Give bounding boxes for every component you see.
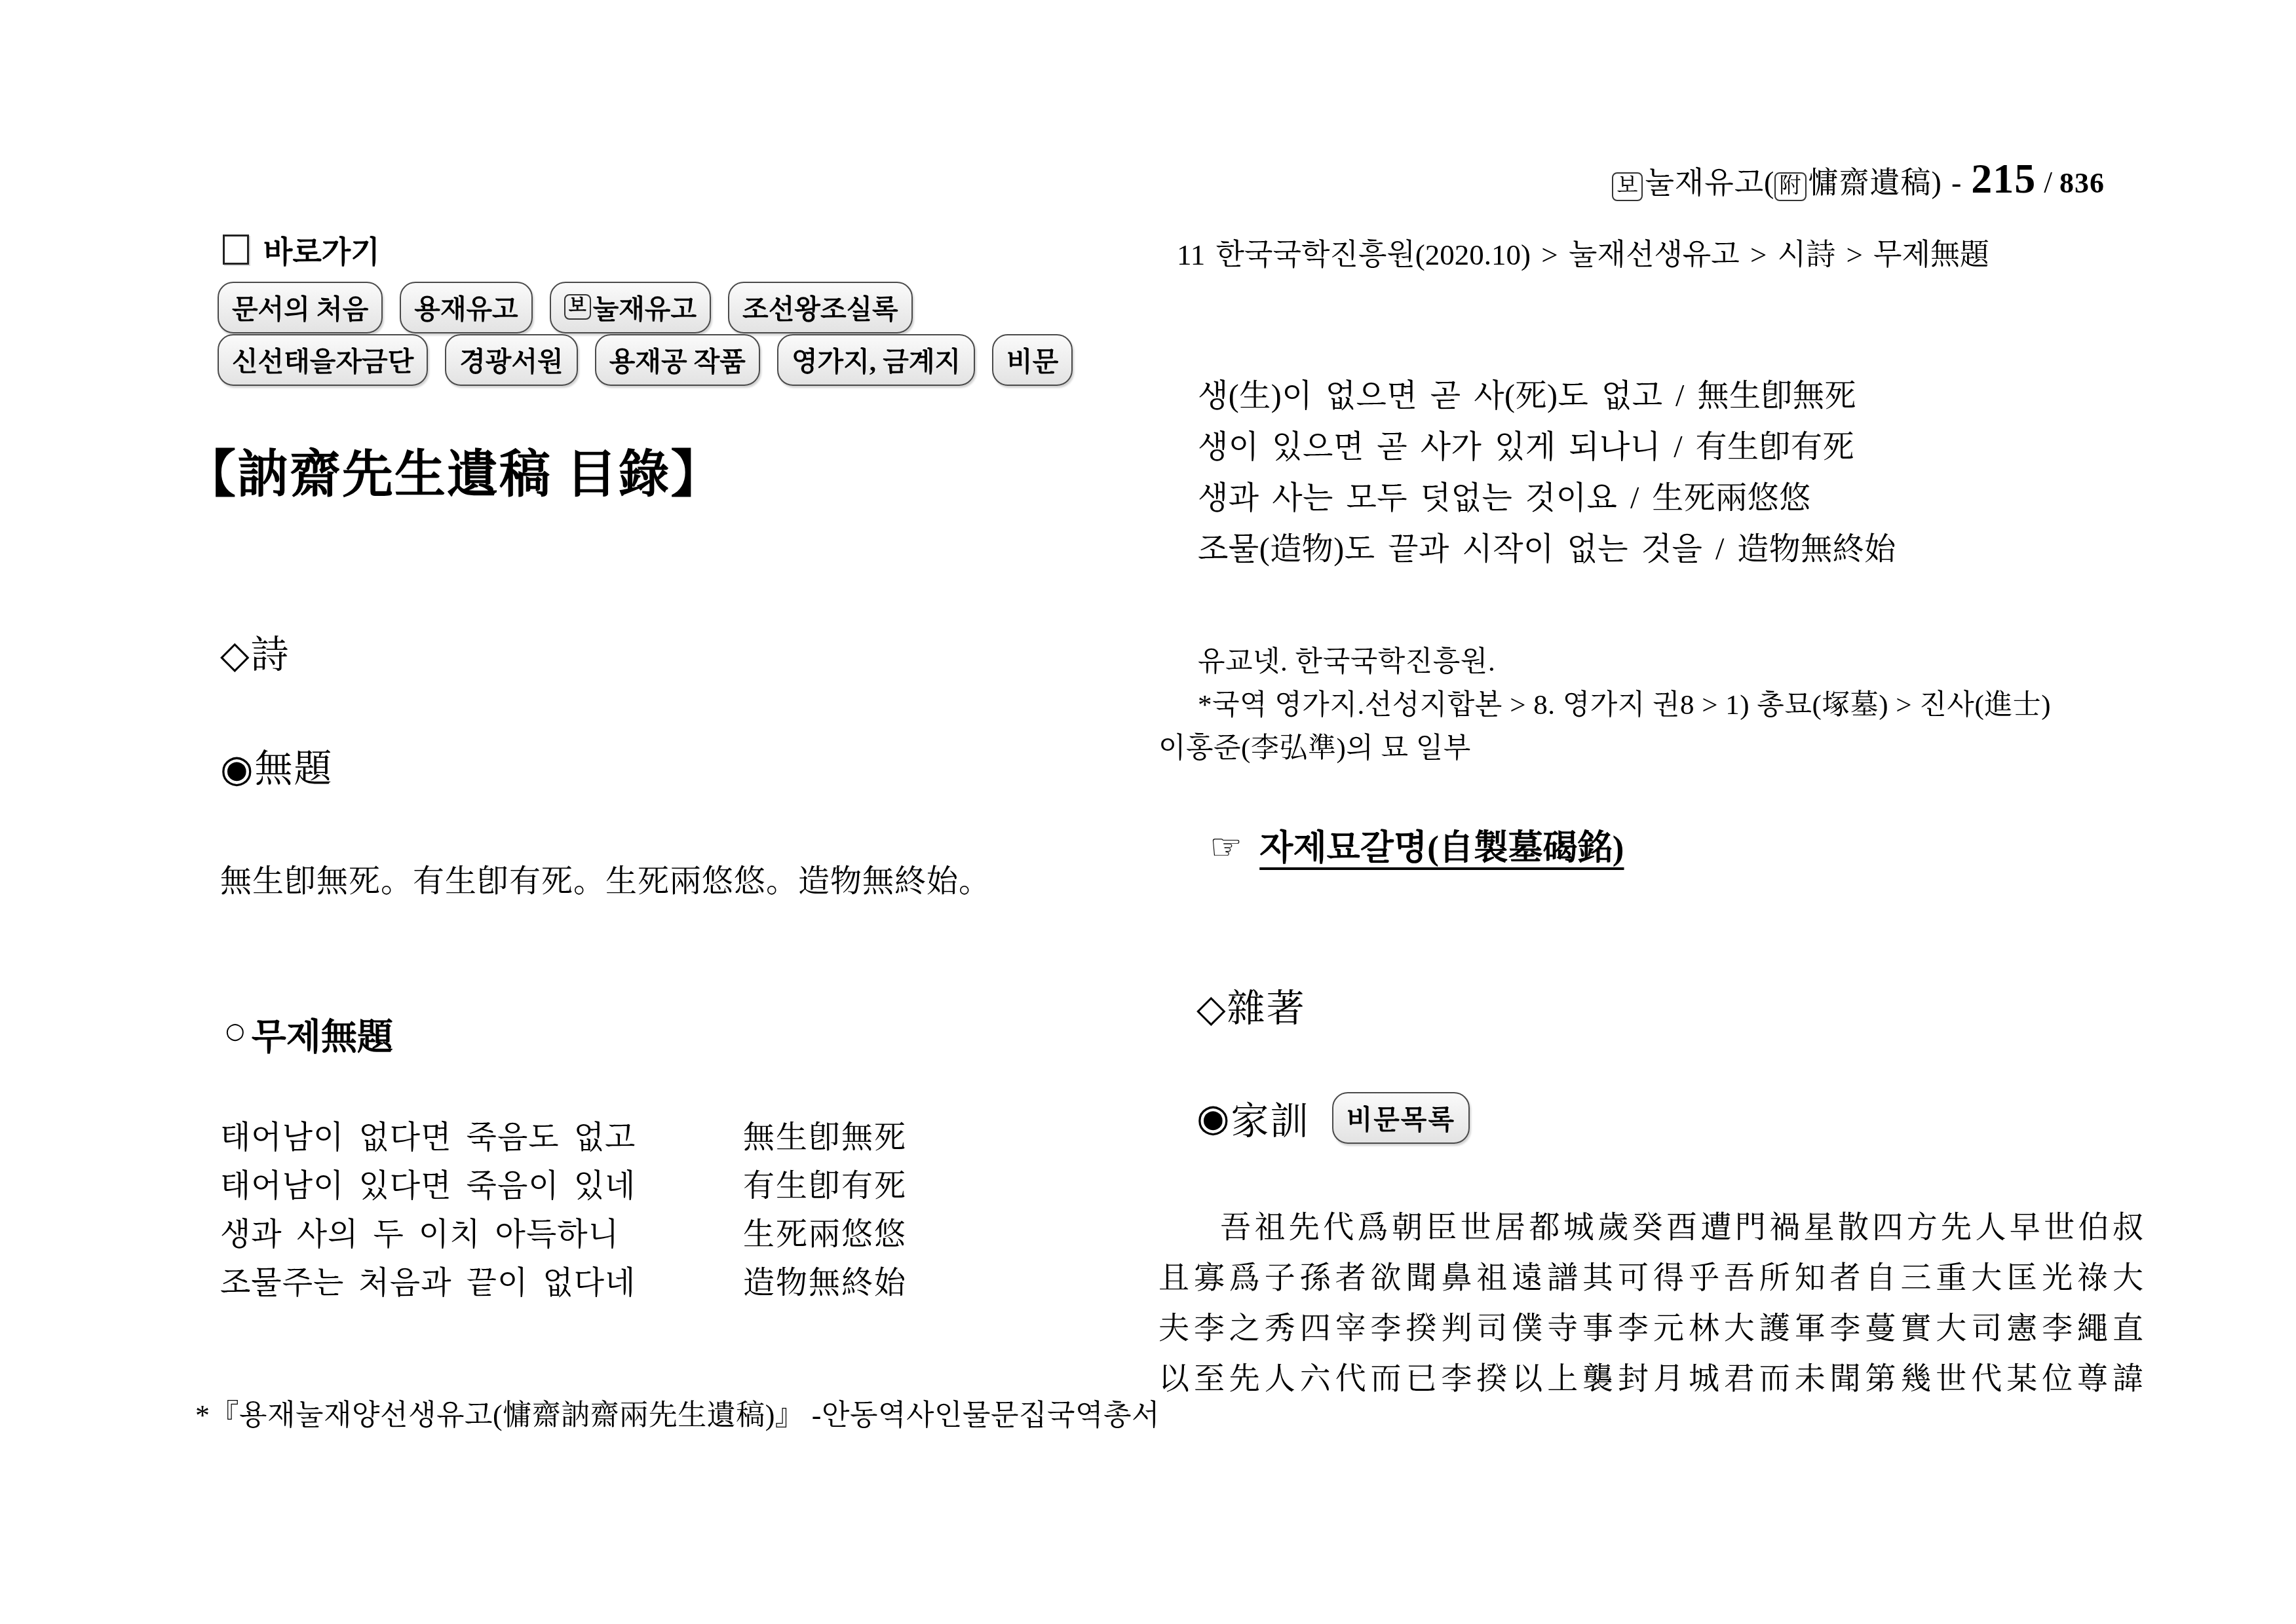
page-title: 【訥齋先生遺稿 目錄】 [185, 434, 723, 507]
chip-bimun[interactable]: 비문 [992, 334, 1073, 386]
page-header: 보눌재유고(附慵齋遺稿) - 215 / 836 [1612, 155, 2105, 203]
chip-label: 경광서원 [459, 340, 563, 379]
hanmun-paragraph-line: 夫李之秀四宰李揆判司僕寺事李元林大護軍李蔓實大司憲李繩直 [1158, 1304, 2144, 1354]
section-heading-japjeo: ◇雜著 [1196, 977, 1306, 1032]
poem-line-korean: 조물주는 처음과 끝이 없다네 [220, 1259, 743, 1308]
related-link: ☞자제묘갈명(自製墓碣銘) [1210, 820, 1624, 870]
shortcut-label: 바로가기 [263, 228, 380, 271]
page-separator: / [2044, 165, 2053, 200]
chip-label: 용재유고 [414, 288, 518, 326]
fisheye-icon: ◉ [220, 746, 255, 791]
poem-line-korean: 태어남이 없다면 죽음도 없고 [220, 1114, 743, 1162]
chip-bimun-moklok[interactable]: 비문목록 [1332, 1092, 1470, 1144]
poem-line: 조물(造物)도 끝과 시작이 없는 것을 / 造物無終始 [1198, 524, 1896, 575]
poem-line: 생과 사는 모두 덧없는 것이요 / 生死兩悠悠 [1198, 473, 1896, 524]
chip-label: 문서의 처음 [232, 288, 368, 326]
header-title-hanja: 慵齋遺稿) [1808, 159, 1942, 202]
source-note-line: 유교넷. 한국국학진흥원. [1158, 641, 2051, 684]
shortcut-chips-row1: 문서의 처음 용재유고 보눌재유고 조선왕조실록 [218, 282, 913, 333]
poem-line-korean: 태어남이 있다면 죽음이 있네 [220, 1162, 743, 1211]
section-heading-poetry: ◇詩 [220, 624, 290, 679]
item-label: 家訓 [1231, 1090, 1310, 1145]
chip-yeonggaji-geumgyeji[interactable]: 영가지, 금계지 [777, 334, 975, 386]
source-note-line: *국역 영가지.선성지합본 > 8. 영가지 권8 > 1) 총묘(塚墓) > … [1158, 684, 2051, 727]
chip-label: 비문 [1006, 340, 1058, 379]
bu-badge-icon: 附 [1774, 172, 1806, 201]
chip-nuljae-yugo[interactable]: 보눌재유고 [550, 282, 711, 333]
chip-label: 신선태을자금단 [232, 340, 413, 379]
source-note: 유교넷. 한국국학진흥원. *국역 영가지.선성지합본 > 8. 영가지 권8 … [1158, 641, 2051, 770]
chip-yongjaegong-works[interactable]: 용재공 작품 [595, 334, 760, 386]
bo-badge-icon: 보 [564, 294, 591, 319]
poem-translation-lines: 생(生)이 없으면 곧 사(死)도 없고 / 無生卽無死 생이 있으면 곧 사가… [1198, 371, 1896, 575]
diamond-icon: ◇ [220, 632, 251, 677]
poem-line-hanja: 生死兩悠悠 [743, 1211, 907, 1259]
source-note-line: 이홍준(李弘準)의 묘 일부 [1158, 727, 2051, 770]
chip-label: 조선왕조실록 [742, 288, 898, 326]
chip-label: 영가지, 금계지 [792, 340, 961, 379]
item-label: 無題 [255, 747, 334, 790]
shortcut-heading: 바로가기 [223, 228, 380, 271]
document-page: 보눌재유고(附慵齋遺稿) - 215 / 836 바로가기 문서의 처음 용재유… [0, 0, 2296, 1624]
hanmun-original-line: 無生卽無死。有生卽有死。生死兩悠悠。造物無終始。 [220, 856, 991, 901]
chip-label: 용재공 작품 [609, 340, 746, 379]
breadcrumb: 11 한국국학진흥원(2020.10) > 눌재선생유고 > 시詩 > 무제無題 [1177, 231, 1989, 273]
poem-line-hanja: 無生卽無死 [743, 1114, 907, 1162]
item-heading-muje: ◉無題 [220, 738, 334, 793]
section-label: 雜著 [1227, 987, 1306, 1030]
link-jaje-myogalmyeong[interactable]: 자제묘갈명(自製墓碣銘) [1259, 829, 1624, 867]
checkbox-icon[interactable] [223, 235, 249, 265]
section-label: 詩 [251, 633, 290, 676]
poem-line: 생이 있으면 곧 사가 있게 되나니 / 有生卽有死 [1198, 422, 1896, 473]
hanmun-paragraph-line: 吾祖先代爲朝臣世居都城歲癸酉遭門禍星散四方先人早世伯叔 [1158, 1203, 2144, 1253]
header-dash: - [1951, 165, 1962, 200]
item-heading-gahun: ◉家訓 비문목록 [1196, 1090, 1470, 1145]
hanmun-paragraph-line: 以至先人六代而已李揆以上襲封月城君而未聞第幾世代某位尊諱 [1158, 1354, 2144, 1405]
circle-icon: ○ [225, 1018, 245, 1044]
chip-joseon-annals[interactable]: 조선왕조실록 [728, 282, 913, 333]
source-footnote: *『용재눌재양선생유고(慵齋訥齋兩先生遺稿)』 -안동역사인물문집국역총서 [195, 1391, 1160, 1433]
poem-line-korean: 생과 사의 두 이치 아득하니 [220, 1211, 743, 1259]
chip-gyeonggwang-seowon[interactable]: 경광서원 [445, 334, 577, 386]
poem-heading-label: 무제無題 [252, 1017, 393, 1057]
hanmun-paragraph-line: 且寡爲子孫者欲聞鼻祖遠譜其可得乎吾所知者自三重大匡光祿大 [1158, 1253, 2144, 1304]
pointing-hand-icon: ☞ [1210, 826, 1242, 869]
chip-label: 눌재유고 [593, 288, 697, 326]
chip-yongjae-yugo[interactable]: 용재유고 [400, 282, 532, 333]
poem-line: 생(生)이 없으면 곧 사(死)도 없고 / 無生卽無死 [1198, 371, 1896, 422]
chip-document-start[interactable]: 문서의 처음 [218, 282, 383, 333]
chip-label: 비문목록 [1347, 1098, 1455, 1137]
header-title-korean: 눌재유고( [1645, 159, 1774, 202]
poem-line-hanja: 有生卽有死 [743, 1162, 907, 1211]
hanmun-paragraph: 吾祖先代爲朝臣世居都城歲癸酉遭門禍星散四方先人早世伯叔 且寡爲子孫者欲聞鼻祖遠譜… [1158, 1203, 2144, 1405]
poem-translation-table: 태어남이 없다면 죽음도 없고無生卽無死 태어남이 있다면 죽음이 있네有生卽有… [220, 1114, 907, 1308]
poem-heading: ○무제無題 [225, 1008, 393, 1059]
page-number: 215 [1971, 155, 2036, 203]
bo-badge-icon: 보 [1612, 172, 1643, 201]
shortcut-chips-row2: 신선태을자금단 경광서원 용재공 작품 영가지, 금계지 비문 [218, 334, 1073, 386]
page-total: 836 [2059, 166, 2105, 200]
poem-line-hanja: 造物無終始 [743, 1259, 907, 1308]
fisheye-icon: ◉ [1196, 1095, 1231, 1140]
chip-sinseon-taeeul[interactable]: 신선태을자금단 [218, 334, 428, 386]
diamond-icon: ◇ [1196, 986, 1227, 1030]
